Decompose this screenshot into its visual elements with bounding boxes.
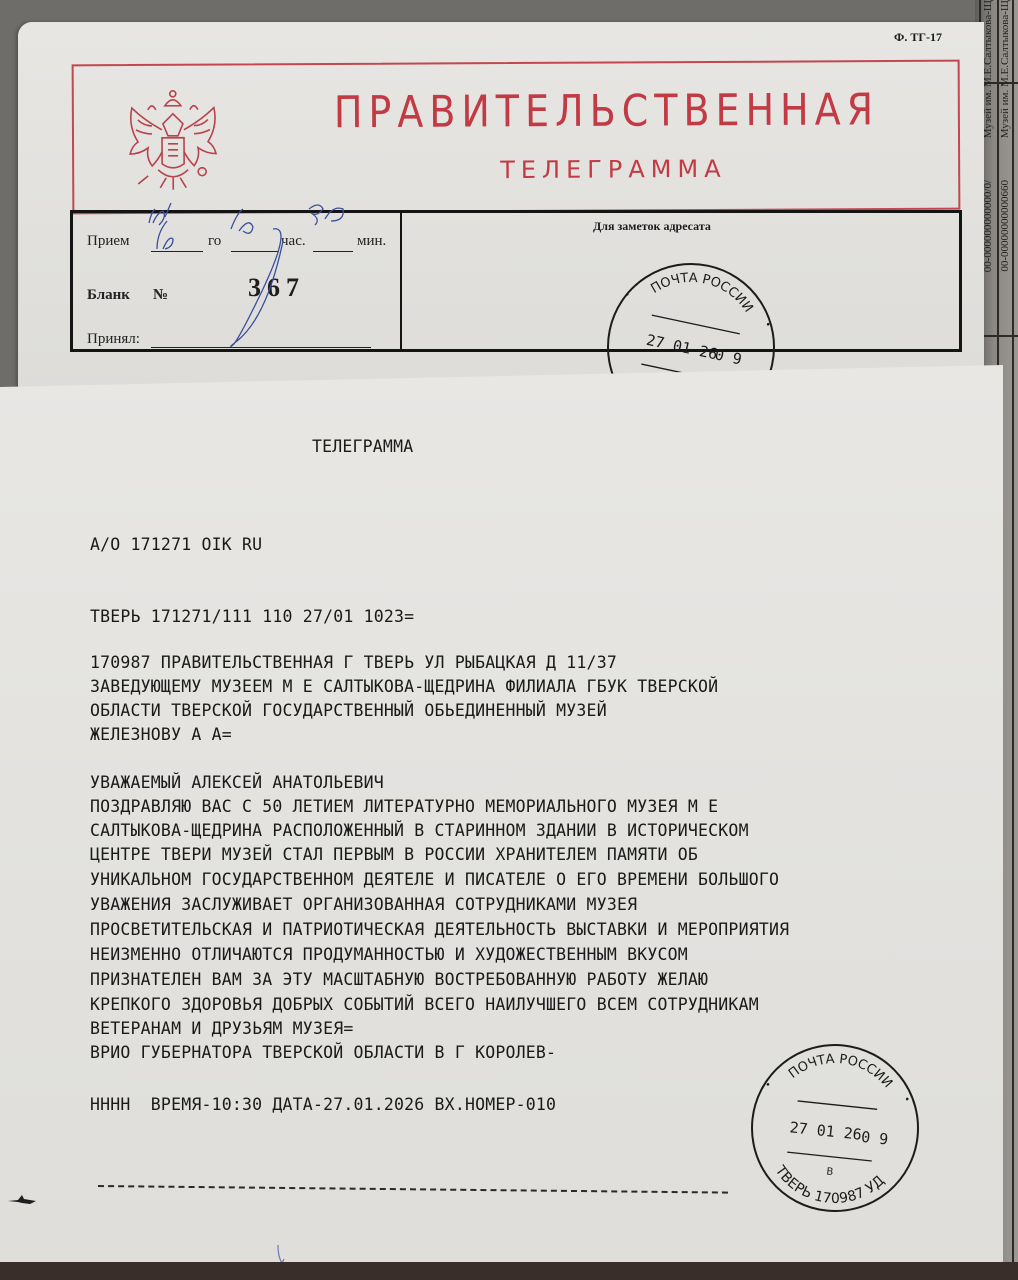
telegram-line-body: УВАЖЕНИЯ ЗАСЛУЖИВАЕТ ОРГАНИЗОВАННАЯ СОТР… xyxy=(90,895,637,914)
telegram-line-address: ЗАВЕДУЮЩЕМУ МУЗЕЕМ М Е САЛТЫКОВА-ЩЕДРИНА… xyxy=(90,677,718,696)
accepted-label: Принял: xyxy=(87,331,140,348)
telegram-line-routing: А/О 171271 OIK RU xyxy=(90,535,262,554)
svg-text:•: • xyxy=(624,289,630,301)
hour-label: час. xyxy=(281,233,306,250)
stamp-hour: 0 9 xyxy=(713,345,743,368)
tear-line xyxy=(98,1185,728,1194)
telegram-printout: ТЕЛЕГРАММА А/О 171271 OIK RU ТВЕРЬ 17127… xyxy=(0,365,1003,1265)
telegram-form-sheet: Ф. ТГ-17 ПРАВИТЕЛЬСТВЕННАЯ ТЕЛЕГРАММА П xyxy=(18,22,984,402)
blank-number: 367 xyxy=(248,273,305,303)
telegram-line-body: ПОЗДРАВЛЯЮ ВАС С 50 ЛЕТИЕМ ЛИТЕРАТУРНО М… xyxy=(90,797,718,816)
stamp-hour: 0 9 xyxy=(860,1128,889,1149)
telegram-line-body: ВЕТЕРАНАМ И ДРУЗЬЯМ МУЗЕЯ= xyxy=(90,1019,353,1038)
telegram-line-body: НЕИЗМЕННО ОТЛИЧАЮТСЯ ПРОДУМАННОСТЬЮ И ХУ… xyxy=(90,945,688,964)
coat-of-arms-icon xyxy=(118,86,229,195)
svg-text:•: • xyxy=(905,1094,910,1105)
ledger-cell-text: 00-00000000000660 xyxy=(999,180,1011,272)
blank-label: Бланк xyxy=(87,287,130,304)
telegram-line-body: УНИКАЛЬНОМ ГОСУДАРСТВЕННОМ ДЕЯТЕЛЕ И ПИС… xyxy=(90,870,779,889)
telegram-heading: ТЕЛЕГРАММА xyxy=(312,437,413,456)
received-label: Прием xyxy=(87,233,130,250)
number-sign: № xyxy=(153,287,168,304)
box-divider xyxy=(400,213,402,349)
postmark-stamp-bottom: ПОЧТА РОССИИ ТВЕРЬ 170987 УД 27 01 26 0 … xyxy=(740,1033,930,1223)
telegram-line-body: КРЕПКОГО ЗДОРОВЬЯ ДОБРЫХ СОБЫТИЙ ВСЕГО Н… xyxy=(90,995,759,1014)
telegram-line-address: ОБЛАСТИ ТВЕРСКОЙ ГОСУДАРСТВЕННЫЙ ОБЬЕДИН… xyxy=(90,701,607,720)
minute-label: мин. xyxy=(357,233,386,250)
ledger-rule xyxy=(1012,0,1014,1280)
telegram-line-body: САЛТЫКОВА-ЩЕДРИНА РАСПОЛОЖЕННЫЙ В СТАРИН… xyxy=(90,821,749,840)
telegram-line-footer: НННН ВРЕМЯ-10:30 ДАТА-27.01.2026 ВХ.НОМЕ… xyxy=(90,1095,556,1114)
accepted-line[interactable] xyxy=(151,347,371,348)
reception-box: Прием го час. мин. Бланк № 367 Принял: Д… xyxy=(70,210,962,352)
minute-line[interactable] xyxy=(313,251,353,252)
stamp-date: 27 01 26 xyxy=(789,1118,863,1143)
form-code: Ф. ТГ-17 xyxy=(894,30,942,45)
telegram-line-address: ЖЕЛЕЗНОВУ А А= xyxy=(90,725,232,744)
received-day-line[interactable] xyxy=(151,251,203,252)
stamp-top-text: ПОЧТА РОССИИ xyxy=(785,1047,898,1092)
form-header-frame: ПРАВИТЕЛЬСТВЕННАЯ ТЕЛЕГРАММА xyxy=(72,60,961,215)
telegram-line-body: ЦЕНТРЕ ТВЕРИ МУЗЕЙ СТАЛ ПЕРВЫМ В РОССИИ … xyxy=(90,845,698,864)
telegram-line-origin: ТВЕРЬ 171271/111 110 27/01 1023= xyxy=(90,607,414,626)
notes-label: Для заметок адресата xyxy=(593,219,711,234)
desk-surface xyxy=(0,1262,1018,1280)
go-label: го xyxy=(208,233,221,250)
stamp-letter: В xyxy=(826,1166,834,1178)
svg-text:•: • xyxy=(766,1080,771,1091)
telegram-line-body: ПРОСВЕТИТЕЛЬСКАЯ И ПАТРИОТИЧЕСКАЯ ДЕЯТЕЛ… xyxy=(90,920,789,939)
svg-text:ПОЧТА РОССИИ: ПОЧТА РОССИИ xyxy=(785,1047,898,1092)
telegram-line-signature: ВРИО ГУБЕРНАТОРА ТВЕРСКОЙ ОБЛАСТИ В Г КО… xyxy=(90,1043,556,1062)
form-title: ПРАВИТЕЛЬСТВЕННАЯ xyxy=(334,84,879,137)
telegram-line-greeting: УВАЖАЕМЫЙ АЛЕКСЕЙ АНАТОЛЬЕВИЧ xyxy=(90,773,384,792)
ledger-cell-text: Музей им. М.Е.Салтыкова-Щ xyxy=(999,0,1011,138)
telegram-line-address: 170987 ПРАВИТЕЛЬСТВЕННАЯ Г ТВЕРЬ УЛ РЫБА… xyxy=(90,653,617,672)
telegram-line-body: ПРИЗНАТЕЛЕН ВАМ ЗА ЭТУ МАСШТАБНУЮ ВОСТРЕ… xyxy=(90,970,708,989)
hour-line[interactable] xyxy=(231,251,279,252)
form-subtitle: ТЕЛЕГРАММА xyxy=(500,155,727,184)
stamp-date: 27 01 26 xyxy=(645,331,719,364)
ink-blot-icon xyxy=(8,1193,38,1207)
